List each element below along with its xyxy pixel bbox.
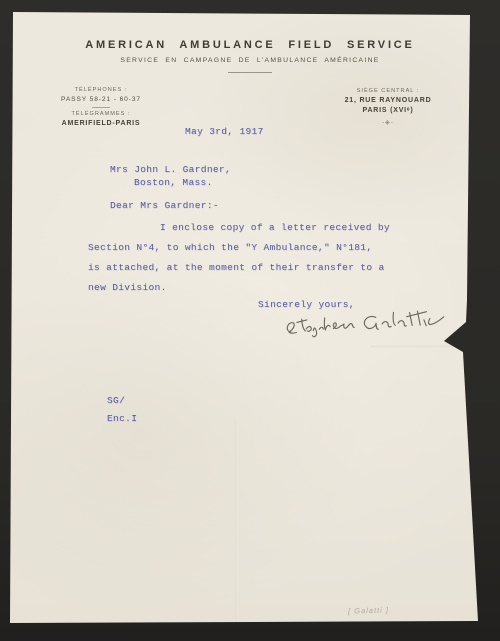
vertical-fold-crease	[235, 420, 238, 620]
letterhead-title: AMERICAN AMBULANCE FIELD SERVICE	[0, 39, 500, 51]
telegrams-label: TÉLÉGRAMMES :	[40, 111, 162, 117]
enclosure-note: Enc.I	[107, 413, 137, 424]
recipient-name: Mrs John L. Gardner,	[110, 164, 231, 175]
street-address: 21, RUE RAYNOUARD	[314, 97, 462, 104]
city-address: PARIS (XVIᵉ)	[314, 107, 462, 114]
letterhead-subtitle: SERVICE EN CAMPAGNE DE L'AMBULANCE AMÉRI…	[0, 57, 500, 64]
horizontal-fold-crease	[370, 345, 466, 348]
letterhead-address-block: SIÈGE CENTRAL : 21, RUE RAYNOUARD PARIS …	[314, 88, 462, 126]
letterhead-divider-rule	[228, 72, 272, 73]
telegrams-address: AMERIFIELD-PARIS	[40, 120, 162, 127]
letter-paper: AMERICAN AMBULANCE FIELD SERVICE SERVICE…	[0, 0, 500, 641]
body-line-2: Section N°4, to which the "Y Ambulance,"…	[88, 242, 372, 253]
reference-initials: SG/	[107, 395, 125, 406]
body-line-1: I enclose copy of a letter received by	[160, 222, 390, 233]
contact-mini-rule	[92, 107, 110, 108]
telephones-numbers: PASSY 58-21 - 60-37	[40, 96, 162, 103]
siege-central-label: SIÈGE CENTRAL :	[314, 88, 462, 94]
letter-date: May 3rd, 1917	[185, 126, 264, 137]
body-line-4: new Division.	[88, 282, 167, 293]
telephones-label: TÉLÉPHONES :	[40, 87, 162, 93]
pencil-annotation: [ Galatti ]	[348, 605, 389, 615]
salutation: Dear Mrs Gardner:-	[110, 200, 219, 211]
recipient-city: Boston, Mass.	[134, 177, 213, 188]
letterhead-contact-block: TÉLÉPHONES : PASSY 58-21 - 60-37 TÉLÉGRA…	[40, 87, 162, 127]
ornament-glyph: -◈-	[314, 119, 462, 126]
body-line-3: is attached, at the moment of their tran…	[88, 262, 385, 273]
